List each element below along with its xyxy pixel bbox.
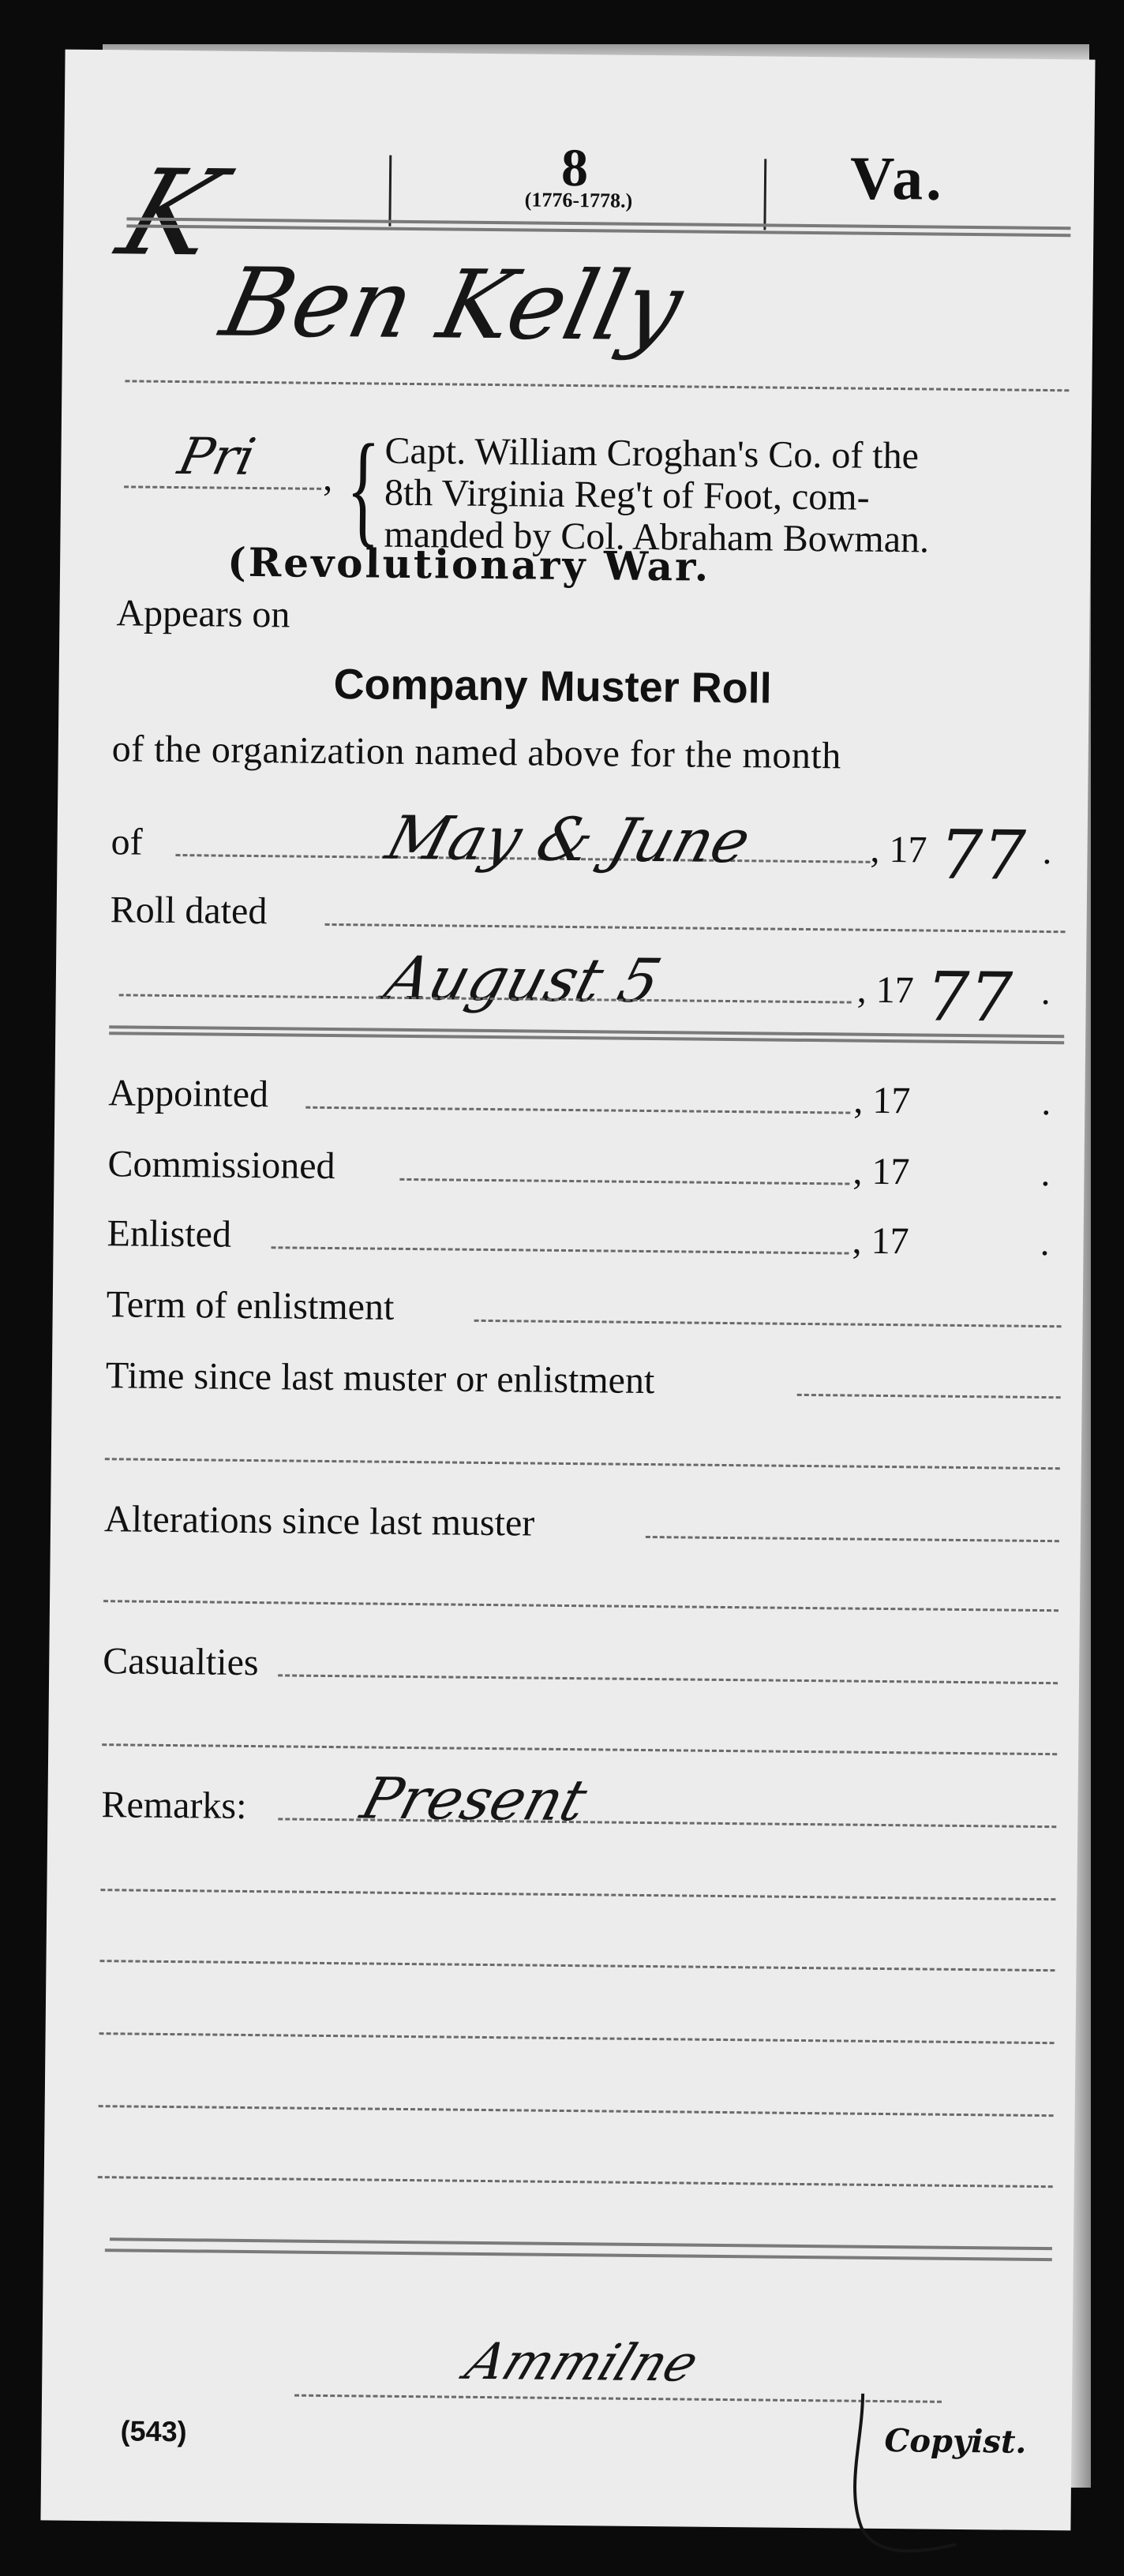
war-label: (Revolutionary War. bbox=[227, 539, 711, 590]
commissioned-label: Commissioned bbox=[107, 1145, 335, 1185]
month-year-suffix: 77 bbox=[939, 816, 1026, 896]
month-of-label: of bbox=[111, 823, 142, 861]
commissioned-period: . bbox=[1040, 1155, 1050, 1193]
appointed-period: . bbox=[1041, 1084, 1051, 1121]
casualties-label: Casualties bbox=[103, 1642, 259, 1682]
roll-year-prefix: , 17 bbox=[857, 972, 914, 1010]
enlisted-period: . bbox=[1040, 1224, 1049, 1262]
enlisted-line bbox=[272, 1246, 849, 1254]
time-since-line bbox=[797, 1394, 1061, 1398]
unit-line-2: 8th Virginia Reg't of Foot, com- bbox=[384, 472, 930, 519]
remarks-line-5 bbox=[99, 2105, 1054, 2117]
roll-dated-label: Roll dated bbox=[111, 891, 268, 930]
casualties-line-2 bbox=[102, 1743, 1057, 1755]
month-year-prefix: , 17 bbox=[870, 831, 927, 870]
footer-double-rule-bottom bbox=[105, 2248, 1052, 2261]
enlisted-label: Enlisted bbox=[107, 1215, 231, 1254]
remarks-line-3 bbox=[99, 1960, 1055, 1971]
organization-line: of the organization named above for the … bbox=[112, 730, 841, 775]
time-since-label: Time since last muster or enlistment bbox=[106, 1357, 655, 1400]
remarks-value: Present bbox=[354, 1765, 594, 1834]
alterations-line-2 bbox=[103, 1600, 1058, 1612]
remarks-line-4 bbox=[99, 2032, 1055, 2044]
rank-comma: , bbox=[323, 459, 332, 497]
rank-line bbox=[124, 485, 321, 489]
state-abbrev: Va. bbox=[850, 142, 946, 214]
term-label: Term of enlistment bbox=[107, 1286, 395, 1327]
casualties-line bbox=[278, 1674, 1058, 1684]
form-number: (543) bbox=[120, 2414, 186, 2448]
roll-period: . bbox=[1041, 973, 1051, 1011]
unit-brace: { bbox=[346, 425, 380, 551]
time-since-line-2 bbox=[105, 1458, 1060, 1470]
roll-date-value: August 5 bbox=[378, 943, 669, 1016]
appears-on-label: Appears on bbox=[116, 594, 290, 634]
muster-roll-card: K 8 (1776-1778.) Va. Ben Kelly Pri , { C… bbox=[40, 50, 1095, 2531]
commissioned-year: , 17 bbox=[852, 1153, 909, 1192]
header-divider-right bbox=[763, 159, 766, 230]
index-mark: K bbox=[103, 145, 238, 283]
signature-flourish bbox=[830, 2393, 989, 2568]
copyist-label: Copyist. bbox=[884, 2422, 1026, 2461]
month-period: . bbox=[1042, 833, 1051, 871]
appointed-label: Appointed bbox=[108, 1074, 268, 1114]
commissioned-line bbox=[399, 1178, 849, 1185]
appointed-line bbox=[305, 1106, 850, 1114]
header-divider-left bbox=[388, 155, 392, 227]
alterations-line bbox=[646, 1536, 1059, 1542]
remarks-line-2 bbox=[100, 1889, 1055, 1900]
enlisted-year: , 17 bbox=[852, 1222, 909, 1261]
unit-line-1: Capt. William Croghan's Co. of the bbox=[384, 430, 930, 477]
soldier-rank: Pri bbox=[173, 428, 260, 487]
copyist-signature: Ammilne bbox=[458, 2333, 706, 2394]
roll-dated-line bbox=[325, 923, 1066, 933]
term-line bbox=[474, 1320, 1062, 1327]
soldier-name: Ben Kelly bbox=[212, 249, 692, 362]
roll-type: Company Muster Roll bbox=[333, 660, 772, 713]
remarks-line-6 bbox=[98, 2176, 1053, 2188]
alterations-label: Alterations since last muster bbox=[104, 1500, 535, 1542]
regiment-years: (1776-1778.) bbox=[525, 188, 633, 212]
footer-double-rule-top bbox=[110, 2237, 1052, 2250]
appointed-year: , 17 bbox=[853, 1082, 910, 1121]
roll-year-suffix: 77 bbox=[926, 958, 1013, 1038]
month-value: May & June bbox=[379, 803, 758, 876]
name-line bbox=[125, 380, 1069, 391]
remarks-label: Remarks: bbox=[101, 1786, 246, 1825]
